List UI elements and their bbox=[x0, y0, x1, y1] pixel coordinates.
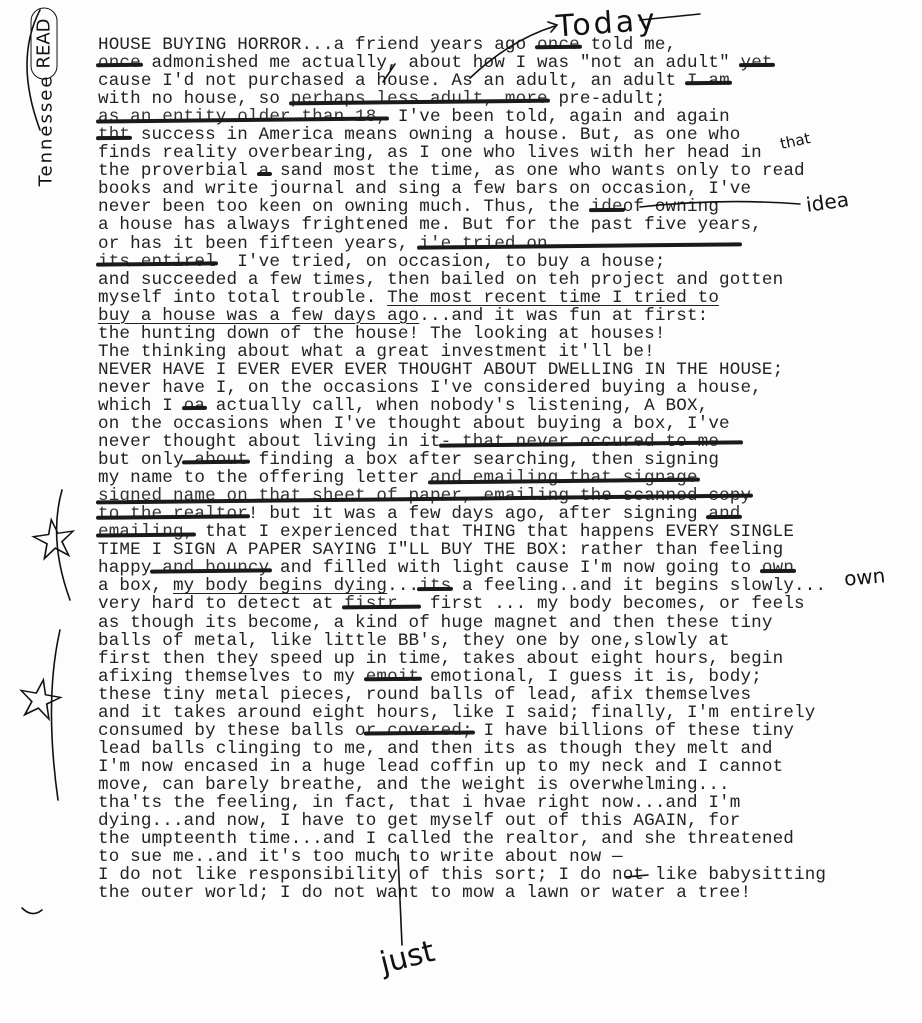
margin-note-date: 2018 in bbox=[0, 79, 3, 191]
struck-text: about bbox=[184, 450, 248, 470]
text-line: the umpteenth time...and I called the re… bbox=[98, 830, 826, 848]
text-line: emailing, that I experienced that THING … bbox=[98, 523, 826, 541]
text-line: a house has always frightened me. But fo… bbox=[98, 216, 826, 234]
text-line: signed name on that sheet of paper, emai… bbox=[98, 487, 826, 505]
text-segment: balls of metal, like little BB's, they o… bbox=[98, 631, 730, 651]
struck-text: a bbox=[259, 161, 270, 181]
text-line: to sue me..and it's too much to write ab… bbox=[98, 848, 826, 866]
handwritten-just: just bbox=[377, 934, 439, 981]
text-line: or has it been fifteen years, i'e tried … bbox=[98, 235, 826, 253]
struck-text: emoit bbox=[366, 667, 420, 687]
text-line: happy and bouncy and filled with light c… bbox=[98, 559, 826, 577]
text-line: very hard to detect at fistr.. first ...… bbox=[98, 595, 826, 613]
text-line: once admonished me actually, about how I… bbox=[98, 54, 826, 72]
text-segment: which I bbox=[98, 396, 184, 416]
text-segment: on the occasions when I've thought about… bbox=[98, 414, 730, 434]
text-line: and succeeded a few times, then bailed o… bbox=[98, 271, 826, 289]
text-line: the outer world; I do not want to mow a … bbox=[98, 884, 826, 902]
text-segment: the hunting down of the house! The looki… bbox=[98, 324, 666, 344]
text-segment: sand most the time, as one who wants onl… bbox=[269, 161, 804, 181]
text-segment: and succeeded a few times, then bailed o… bbox=[98, 270, 783, 290]
text-line: the hunting down of the house! The looki… bbox=[98, 325, 826, 343]
text-line: finds reality overbearing, as I one who … bbox=[98, 144, 826, 162]
struck-text: fistr.. bbox=[344, 594, 419, 614]
text-line: and it takes around eight hours, like I … bbox=[98, 704, 826, 722]
struck-text: r covered; bbox=[366, 721, 473, 741]
text-segment: afixing themselves to my bbox=[98, 667, 366, 687]
text-segment: never have I, on the occasions I've cons… bbox=[98, 378, 762, 398]
struck-text: its entirel bbox=[98, 252, 216, 272]
text-line: with no house, so perhaps less adult, mo… bbox=[98, 90, 826, 108]
struck-text: - that never occured to me-- bbox=[441, 432, 741, 452]
text-line: HOUSE BUYING HORROR...a friend years ago… bbox=[98, 36, 826, 54]
struck-text: tht bbox=[98, 125, 130, 145]
text-segment: the outer world; I do not want to mow a … bbox=[98, 883, 751, 903]
struck-text: i'e tried on bbox=[419, 234, 740, 254]
text-segment: a box, bbox=[98, 576, 173, 596]
text-segment: a feeling..and it begins slowly... bbox=[451, 576, 826, 596]
text-segment: I do not like responsibility of this sor… bbox=[98, 865, 826, 885]
text-segment: and it takes around eight hours, like I … bbox=[98, 703, 815, 723]
text-line: consumed by these balls or covered; I ha… bbox=[98, 722, 826, 740]
text-segment: I've been told, again and again bbox=[387, 107, 730, 127]
text-segment: happy bbox=[98, 558, 152, 578]
text-line: never have I, on the occasions I've cons… bbox=[98, 379, 826, 397]
text-segment: ...and it was fun at first: bbox=[419, 306, 708, 326]
text-segment: I've tried, on occasion, to buy a house; bbox=[216, 252, 666, 272]
text-line: never been too keen on owning much. Thus… bbox=[98, 198, 826, 216]
text-line: dying...and now, I have to get myself ou… bbox=[98, 812, 826, 830]
scanned-page: HOUSE BUYING HORROR...a friend years ago… bbox=[0, 0, 922, 1023]
text-line: books and write journal and sing a few b… bbox=[98, 180, 826, 198]
text-line: move, can barely breathe, and the weight… bbox=[98, 776, 826, 794]
text-segment: admonished me actually, about how I was … bbox=[141, 53, 741, 73]
text-segment: The thinking about what a great investme… bbox=[98, 342, 655, 362]
struck-text: and bbox=[708, 504, 740, 524]
text-line: these tiny metal pieces, round balls of … bbox=[98, 686, 826, 704]
text-segment: finds reality overbearing, as I one who … bbox=[98, 143, 762, 163]
text-segment: actually call, when nobody's listening, … bbox=[205, 396, 708, 416]
text-segment: first then they speed up in time, takes … bbox=[98, 649, 783, 669]
text-line: its entirel I've tried, on occasion, to … bbox=[98, 253, 826, 271]
underlined-text: buy a house was a few days ago bbox=[98, 306, 419, 326]
struck-text: oa bbox=[184, 396, 205, 416]
text-line: first then they speed up in time, takes … bbox=[98, 650, 826, 668]
text-segment: dying...and now, I have to get myself ou… bbox=[98, 811, 740, 831]
text-segment: lead balls clinging to me, and then its … bbox=[98, 739, 773, 759]
struck-text: once bbox=[98, 53, 141, 73]
text-segment: success in America means owning a house.… bbox=[130, 125, 740, 145]
text-segment: never thought about living in it bbox=[98, 432, 441, 452]
text-line: to the realtor! but it was a few days ag… bbox=[98, 505, 826, 523]
handwritten-own: own bbox=[843, 563, 886, 591]
text-segment: never been too keen on owning much. Thus… bbox=[98, 197, 591, 217]
struck-text: emailing, bbox=[98, 522, 194, 542]
text-segment: of owning bbox=[623, 197, 719, 217]
text-segment: very hard to detect at bbox=[98, 594, 344, 614]
text-line: myself into total trouble. The most rece… bbox=[98, 289, 826, 307]
text-line: which I oa actually call, when nobody's … bbox=[98, 397, 826, 415]
struck-text: yet bbox=[741, 53, 773, 73]
star-icon: ☆ bbox=[9, 666, 70, 732]
text-segment: pre-adult; bbox=[548, 89, 666, 109]
text-segment: the umpteenth time...and I called the re… bbox=[98, 829, 794, 849]
text-line: never thought about living in it- that n… bbox=[98, 433, 826, 451]
text-segment: or has it been fifteen years, bbox=[98, 234, 419, 254]
text-segment: a house has always frightened me. But fo… bbox=[98, 215, 762, 235]
text-segment: but only bbox=[98, 450, 184, 470]
text-segment: consumed by these balls o bbox=[98, 721, 366, 741]
text-line: my name to the offering letter and email… bbox=[98, 469, 826, 487]
text-line: as though its become, a kind of huge mag… bbox=[98, 614, 826, 632]
text-segment: these tiny metal pieces, round balls of … bbox=[98, 685, 751, 705]
text-line: tht success in America means owning a ho… bbox=[98, 126, 826, 144]
text-segment: to sue me..and it's too much to write ab… bbox=[98, 847, 623, 867]
text-line: afixing themselves to my emoit emotional… bbox=[98, 668, 826, 686]
underlined-text: The most recent time I tried to bbox=[387, 288, 719, 308]
text-segment: I'm now encased in a huge lead coffin up… bbox=[98, 757, 783, 777]
text-segment: books and write journal and sing a few b… bbox=[98, 179, 751, 199]
text-segment: first ... my body becomes, or feels bbox=[419, 594, 805, 614]
text-line: the proverbial a sand most the time, as … bbox=[98, 162, 826, 180]
struck-text: ide bbox=[591, 197, 623, 217]
text-line: tha'ts the feeling, in fact, that i hvae… bbox=[98, 794, 826, 812]
text-segment: emotional, I guess it is, body; bbox=[419, 667, 762, 687]
text-line: balls of metal, like little BB's, they o… bbox=[98, 632, 826, 650]
text-line: lead balls clinging to me, and then its … bbox=[98, 740, 826, 758]
text-segment: I have billions of these tiny bbox=[473, 721, 794, 741]
text-line: The thinking about what a great investme… bbox=[98, 343, 826, 361]
text-line: but only about finding a box after searc… bbox=[98, 451, 826, 469]
text-line: on the occasions when I've thought about… bbox=[98, 415, 826, 433]
text-segment: that I experienced that THING that happe… bbox=[194, 522, 794, 542]
struck-text: I am bbox=[687, 71, 730, 91]
text-segment: and filled with light cause I'm now goin… bbox=[269, 558, 762, 578]
text-line: a box, my body begins dying...its a feel… bbox=[98, 577, 826, 595]
text-line: I do not like responsibility of this sor… bbox=[98, 866, 826, 884]
text-line: cause I'd not purchased a house. As an a… bbox=[98, 72, 826, 90]
text-line: as an entity older than 18, I've been to… bbox=[98, 108, 826, 126]
text-line: TIME I SIGN A PAPER SAYING I"LL BUY THE … bbox=[98, 541, 826, 559]
typewritten-text: HOUSE BUYING HORROR...a friend years ago… bbox=[98, 36, 826, 902]
star-icon: ☆ bbox=[24, 507, 84, 572]
text-segment: move, can barely breathe, and the weight… bbox=[98, 775, 730, 795]
text-line: buy a house was a few days ago...and it … bbox=[98, 307, 826, 325]
text-segment: myself into total trouble. bbox=[98, 288, 387, 308]
text-segment: the proverbial bbox=[98, 161, 259, 181]
text-segment: NEVER HAVE I EVER EVER EVER THOUGHT ABOU… bbox=[98, 360, 783, 380]
struck-text: as an entity older than 18, bbox=[98, 107, 387, 127]
margin-note-place: Tennessee bbox=[35, 75, 56, 187]
handwritten-idea: idea bbox=[805, 187, 851, 217]
struck-text: its bbox=[419, 576, 451, 596]
text-segment: HOUSE BUYING HORROR...a friend years ago bbox=[98, 35, 537, 55]
text-segment: ! but it was a few days ago, after signi… bbox=[248, 504, 708, 524]
struck-text: own bbox=[762, 558, 794, 578]
handwritten-today: Today bbox=[555, 2, 659, 44]
text-line: I'm now encased in a huge lead coffin up… bbox=[98, 758, 826, 776]
margin-note-read: READ bbox=[31, 7, 58, 79]
text-line: NEVER HAVE I EVER EVER EVER THOUGHT ABOU… bbox=[98, 361, 826, 379]
text-segment: as though its become, a kind of huge mag… bbox=[98, 613, 773, 633]
text-segment: tha'ts the feeling, in fact, that i hvae… bbox=[98, 793, 740, 813]
struck-text: and bouncy bbox=[152, 558, 270, 578]
